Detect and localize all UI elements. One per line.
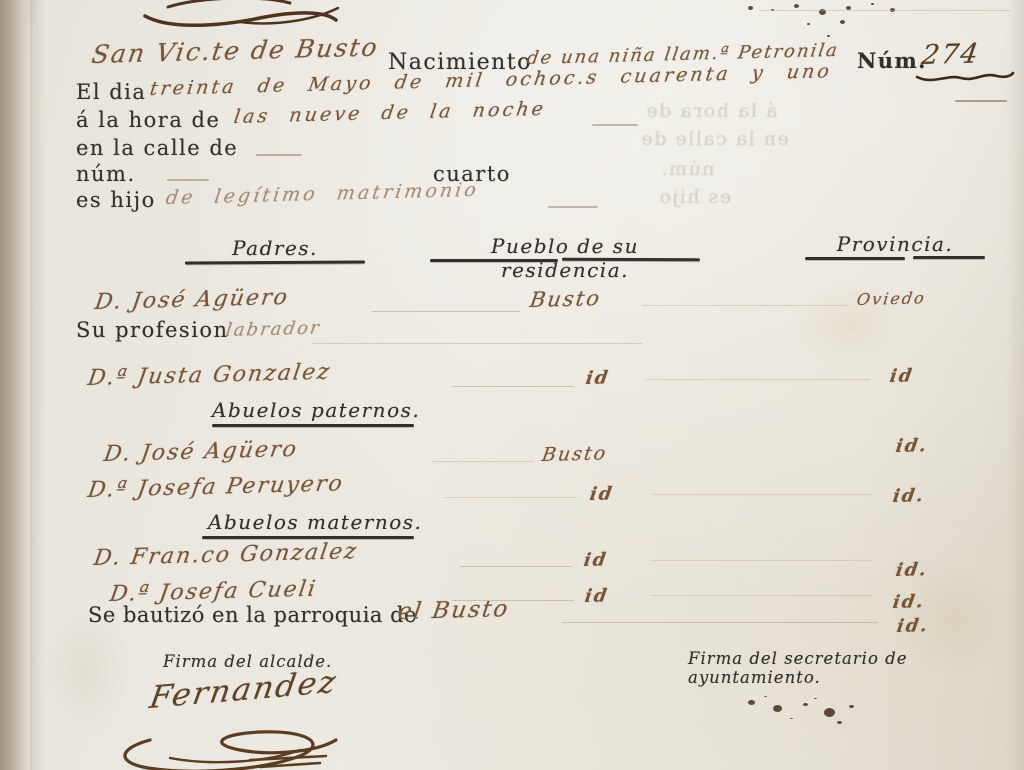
section-header-abuelos-maternos: Abuelos maternos. [208,510,422,534]
mother-name: D.ª Justa Gonzalez [86,360,333,391]
mother-pueblo: id [584,367,611,389]
trailing-dash [955,100,1007,102]
paternal-grandfather-provincia: id. [894,435,929,457]
field-label-hora: á la hora de [76,108,220,132]
section-rule [212,424,414,427]
bleed-through-text: es hijo [658,186,731,208]
maternal-grandfather-name: D. Fran.co Gonzalez [92,539,360,571]
header-rule [185,261,365,265]
record-number-value: 274 [920,38,982,70]
father-pueblo: Busto [528,286,603,312]
leader-line [432,461,534,462]
paternal-grandfather-pueblo: Busto [540,442,609,466]
profession-label: Su profesion [76,318,229,342]
record-number-flourish [915,70,1015,88]
blank-dash [167,179,209,181]
header-rule [913,256,985,259]
leader-line [372,311,520,312]
leader-line [650,560,872,561]
page-crease [30,0,46,770]
leader-line [652,494,872,495]
header-rule [562,258,700,262]
field-label-calle: en la calle de [76,136,238,160]
header-rule [430,259,558,262]
section-header-abuelos-paternos: Abuelos paternos. [212,398,420,422]
bleed-through-text: en la calle de [640,128,789,150]
bleed-through-text: á la hora de [645,100,777,122]
paternal-grandmother-name: D.ª Josefa Peruyero [86,471,345,503]
bleed-through-text: núm. [660,158,715,180]
leader-line [645,379,870,380]
leader-line [650,595,872,596]
father-provincia: Oviedo [856,288,928,309]
leader-line [452,386,574,387]
maternal-grandfather-pueblo: id [582,549,609,571]
profession-value: labrador [224,318,322,341]
secretary-signature-label: Firma del secretario de ayuntamiento. [688,649,1024,687]
paternal-grandmother-provincia: id. [891,485,926,507]
trailing-dash [548,206,598,208]
field-label-hijo: es hijo [76,188,156,212]
mayor-signature: Fernandez [147,664,340,716]
ink-spatter [748,700,755,705]
bleed-through-line [760,10,1010,11]
scanned-birth-record: á la hora de en la calle de núm. es hijo… [0,0,1024,770]
leader-line [642,305,847,306]
baptism-parish-value: el Busto [396,596,511,625]
maternal-grandmother-provincia: id. [891,591,926,613]
blank-dash [256,154,302,156]
field-value-hora: las nueve de la noche [232,98,547,128]
paternal-grandfather-name: D. José Agüero [102,437,300,467]
ink-spatter [748,6,753,10]
father-name: D. José Agüero [93,285,291,315]
trailing-dash [592,124,638,126]
place-handwritten: San Vic.te de Busto [90,33,381,69]
field-value-hijo: de legítimo matrimonio [164,179,480,209]
maternal-grandfather-provincia: id. [894,559,929,581]
baptism-label: Se bautizó en la parroquia de [88,603,417,627]
paternal-grandmother-pueblo: id [588,483,615,505]
header-rule [805,257,905,260]
field-label-dia: El dia [76,80,146,104]
page-left-edge [0,0,34,770]
leader-line [444,497,576,498]
column-header-padres: Padres. [185,236,365,260]
maternal-grandmother-pueblo: id [583,585,610,607]
top-flourish-rubric [140,0,340,32]
leader-line [460,566,572,567]
section-rule [202,536,414,539]
mother-provincia: id [888,365,915,387]
leader-line [312,343,642,344]
mayor-signature-rubric [108,712,343,770]
baptism-provincia: id. [895,615,930,637]
field-label-num: núm. [76,162,136,186]
leader-line [562,622,878,623]
column-header-provincia: Provincia. [805,232,985,256]
